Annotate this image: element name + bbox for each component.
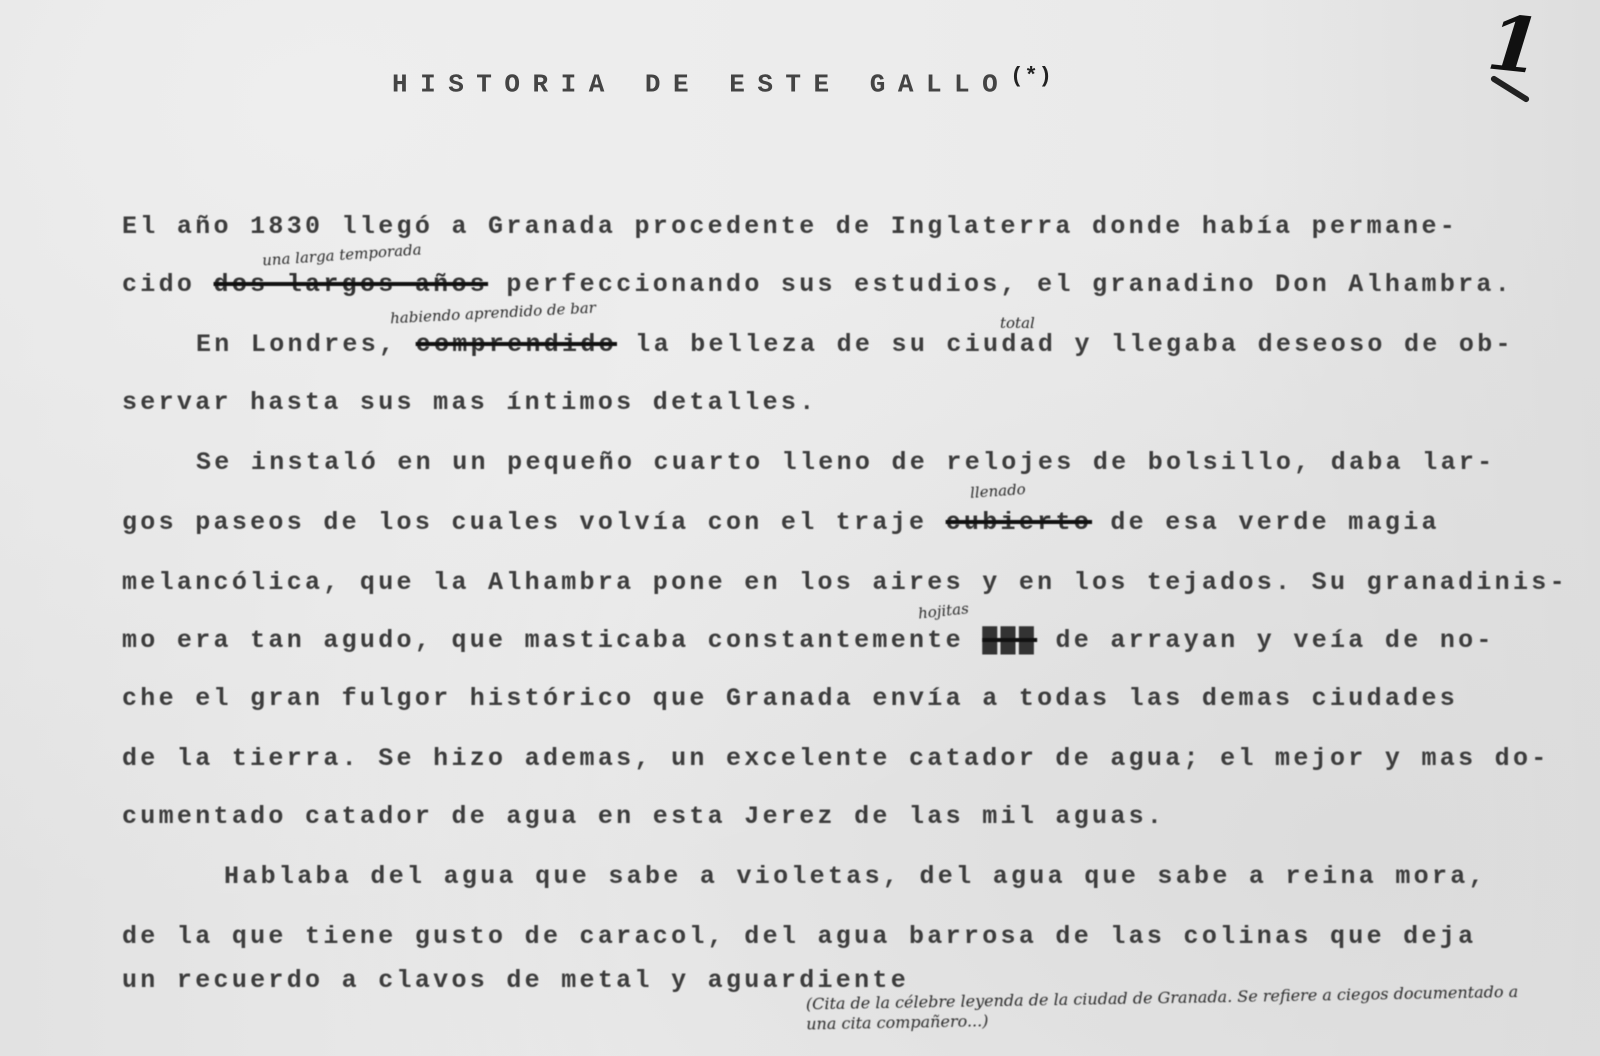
document-title: HISTORIA DE ESTE GALLO(*) <box>392 64 1053 100</box>
text-line: de la tierra. Se hizo ademas, un excelen… <box>122 744 1550 773</box>
handwritten-insert: una larga temporada <box>262 240 423 269</box>
text-segment: cido <box>122 270 195 299</box>
struck-text: comprendido <box>416 330 617 359</box>
struck-text: ███ <box>982 626 1037 655</box>
text-line: cumentado catador de agua en esta Jerez … <box>122 802 1165 831</box>
text-line: Hablaba del agua que sabe a violetas, de… <box>224 862 1487 891</box>
handwritten-footnote: (Cita de la célebre leyenda de la ciudad… <box>806 982 1547 1035</box>
text-line: Se instaló en un pequeño cuarto lleno de… <box>196 448 1495 477</box>
text-line: cido dos largos años perfeccionando sus … <box>122 270 1513 299</box>
document-page: 1 HISTORIA DE ESTE GALLO(*) El año 1830 … <box>0 0 1600 1056</box>
text-line: gos paseos de los cuales volvía con el t… <box>122 508 1440 537</box>
handwritten-insert: habiendo aprendido de bar <box>390 299 597 328</box>
handwritten-insert: hojitas <box>917 599 969 622</box>
text-segment: de arrayan y veía de no- <box>1055 626 1494 655</box>
text-line: mo era tan agudo, que masticaba constant… <box>122 626 1495 655</box>
struck-text: dos largos años <box>214 270 489 299</box>
text-line: che el gran fulgor histórico que Granada… <box>122 684 1458 713</box>
text-line: El año 1830 llegó a Granada procedente d… <box>122 212 1458 241</box>
text-segment: mo era tan agudo, que masticaba constant… <box>122 626 964 655</box>
text-segment: la belleza de su ciudad y llegaba deseos… <box>635 330 1514 359</box>
text-line: de la que tiene gusto de caracol, del ag… <box>122 922 1476 951</box>
text-segment: En Londres, <box>196 330 397 359</box>
title-text: HISTORIA DE ESTE GALLO <box>392 70 1010 100</box>
handwritten-insert: llenado <box>969 480 1026 502</box>
text-line: En Londres, comprendido la belleza de su… <box>196 330 1514 359</box>
struck-text: cubierto <box>946 508 1092 537</box>
title-footnote-marker: (*) <box>1010 64 1053 89</box>
text-segment: gos paseos de los cuales volvía con el t… <box>122 508 927 537</box>
text-line: un recuerdo a clavos de metal y aguardie… <box>122 966 909 995</box>
text-line: melancólica, que la Alhambra pone en los… <box>122 568 1568 597</box>
text-segment: de esa verde magia <box>1110 508 1439 537</box>
text-line: servar hasta sus mas íntimos detalles. <box>122 388 818 417</box>
text-segment: perfeccionando sus estudios, el granadin… <box>506 270 1513 299</box>
